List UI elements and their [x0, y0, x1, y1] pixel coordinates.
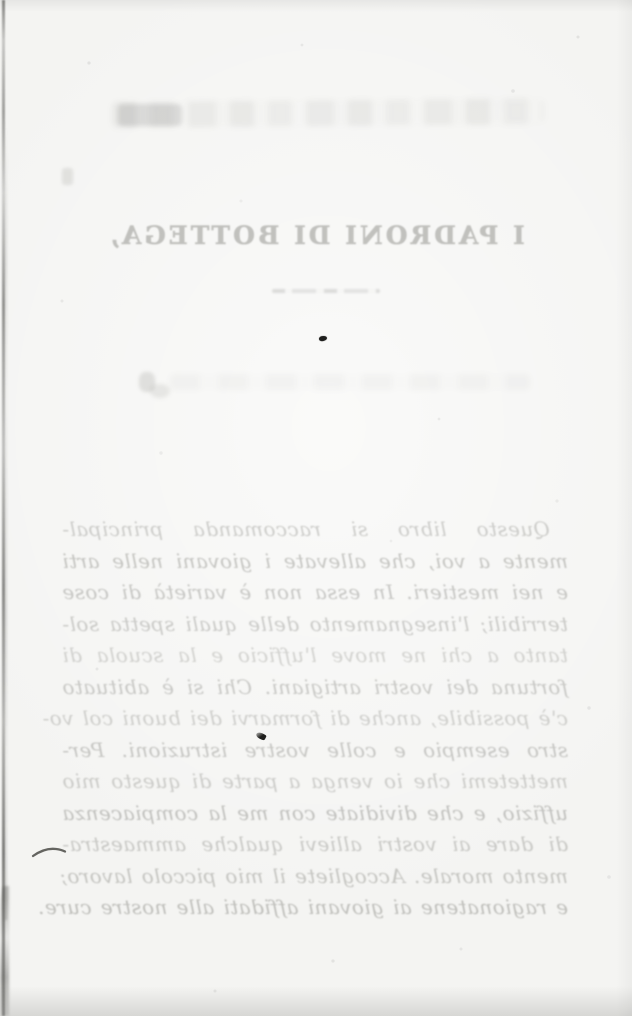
ink-smudge	[150, 384, 170, 398]
bleedthrough-line: Questo libro si raccomanda principal-	[62, 514, 568, 546]
bleedthrough-ghost-line	[170, 374, 530, 390]
bleedthrough-line: e ragionatene ai giovani affidati alle n…	[62, 892, 568, 924]
bleedthrough-line: mento morale. Accogliete il mio piccolo …	[62, 861, 568, 893]
scanned-page: I PADRONI DI BOTTEGA, Questo libro si ra…	[0, 0, 632, 1016]
bleedthrough-line: uffizio, e che dividiate con me la compi…	[62, 798, 568, 830]
bleedthrough-line: c'è possibile, anche di formarvi dei buo…	[62, 703, 568, 735]
bleedthrough-line: tanto a chi ne move l'ufficio e la scuol…	[62, 640, 568, 672]
bleedthrough-line: e nei mestieri. In essa non è varietà di…	[62, 577, 568, 609]
bleedthrough-line: stro esempio e colle vostre istruzioni. …	[62, 735, 568, 767]
top-shadow	[0, 0, 632, 12]
ink-smudge-small	[62, 168, 73, 185]
bottom-shadow	[0, 986, 632, 1016]
bleedthrough-line: mettetemi che io venga a parte di questo…	[62, 766, 568, 798]
right-edge-shade	[616, 0, 632, 1016]
pen-stroke-mark	[30, 844, 68, 860]
bleedthrough-line: fortuna dei vostri artigiani. Chi si è a…	[62, 672, 568, 704]
page-left-edge-bottom	[0, 886, 9, 1016]
bleedthrough-line: mente a voi, che allevate i giovani nell…	[62, 546, 568, 578]
ink-speck	[319, 335, 328, 342]
bleedthrough-title: I PADRONI DI BOTTEGA,	[0, 221, 632, 250]
bleedthrough-series-line-dark-patch	[118, 104, 182, 126]
bleedthrough-body: Questo libro si raccomanda principal- me…	[62, 514, 568, 924]
bleedthrough-line: terribili; l'insegnamento delle quali sp…	[62, 609, 568, 641]
title-divider-rule	[272, 289, 380, 293]
bleedthrough-line: di dare ai vostri allievi qualche ammaes…	[62, 829, 568, 861]
